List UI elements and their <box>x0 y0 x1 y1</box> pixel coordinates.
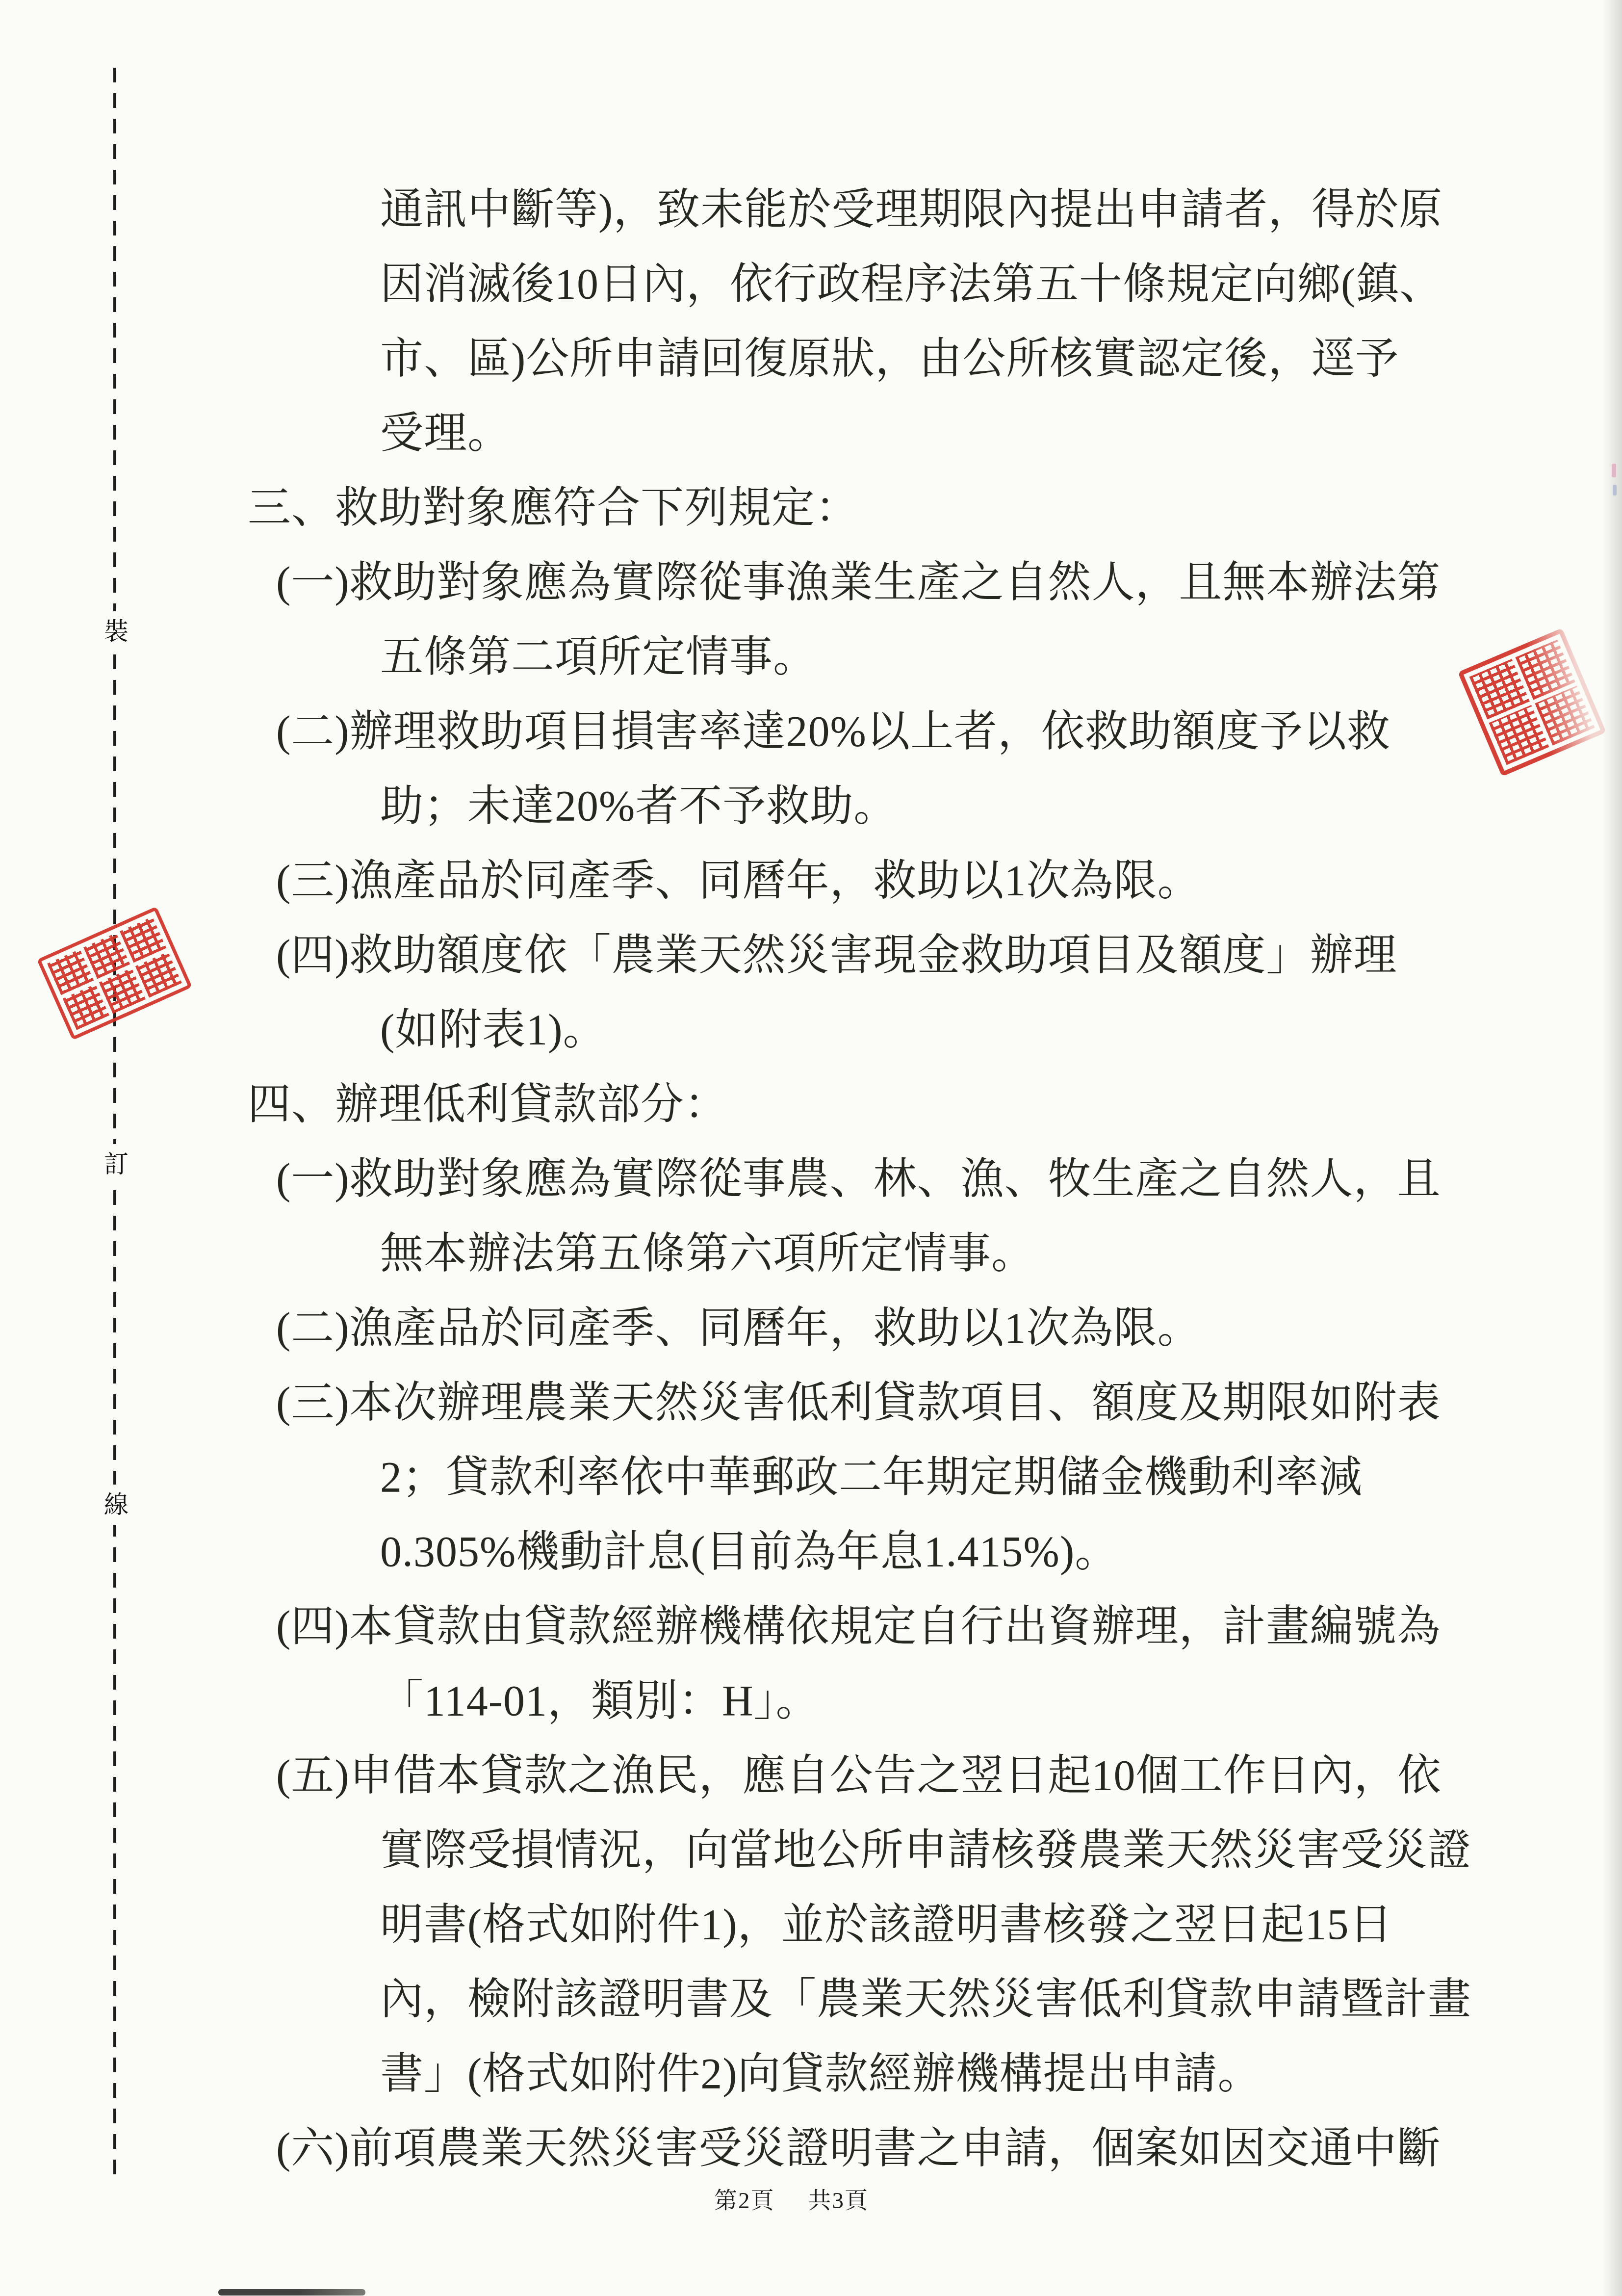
text-line: (二)辦理救助項目損害率達20%以上者，依救助額度予以救 <box>276 695 1622 769</box>
text-line: 四、辦理低利貸款部分： <box>248 1068 1622 1142</box>
text-line: 無本辦法第五條第六項所定情事。 <box>380 1217 1622 1291</box>
text-line: 市、區)公所申請回復原狀，由公所核實認定後，逕予 <box>380 322 1622 396</box>
text-line: (一)救助對象應為實際從事漁業生產之自然人，且無本辦法第 <box>276 546 1622 620</box>
page-footer: 第2頁共3頁 <box>0 2182 1602 2215</box>
text-line: 因消滅後10日內，依行政程序法第五十條規定向鄉(鎮、 <box>380 247 1622 322</box>
document-text-block: 通訊中斷等)，致未能於受理期限內提出申請者，得於原因消滅後10日內，依行政程序法… <box>0 173 1622 2186</box>
scan-artifact-right-edge <box>1602 0 1622 2296</box>
text-line: 內，檢附該證明書及「農業天然災害低利貸款申請暨計畫 <box>380 1962 1622 2037</box>
text-line: (二)漁產品於同產季、同曆年，救助以1次為限。 <box>276 1291 1622 1366</box>
total-pages: 共3頁 <box>808 2188 869 2214</box>
text-line: 明書(格式如附件1)，並於該證明書核發之翌日起15日 <box>380 1888 1622 1962</box>
text-line: (一)救助對象應為實際從事農、林、漁、牧生產之自然人，且 <box>276 1142 1622 1217</box>
text-line: (五)申借本貸款之漁民，應自公告之翌日起10個工作日內，依 <box>276 1739 1622 1813</box>
text-line: 「114-01，類別：H」。 <box>380 1664 1622 1739</box>
text-line: (六)前項農業天然災害受災證明書之申請，個案如因交通中斷 <box>276 2112 1622 2186</box>
text-line: 2；貸款利率依中華郵政二年期定期儲金機動利率減 <box>380 1440 1622 1515</box>
text-line: (如附表1)。 <box>380 993 1622 1068</box>
text-line: 0.305%機動計息(目前為年息1.415%)。 <box>380 1515 1622 1590</box>
text-line: (三)漁產品於同產季、同曆年，救助以1次為限。 <box>276 844 1622 918</box>
text-line: (四)本貸款由貸款經辦機構依規定自行出資辦理，計畫編號為 <box>276 1590 1622 1664</box>
text-line: (四)救助額度依「農業天然災害現金救助項目及額度」辦理 <box>276 918 1622 993</box>
scanned-document-page: 裝 訂 線 通訊中斷等)，致未能於受理期限內提出申請者，得於原因消滅後10日內，… <box>0 0 1622 2296</box>
text-line: (三)本次辦理農業天然災害低利貸款項目、額度及期限如附表 <box>276 1366 1622 1440</box>
text-line: 實際受損情況，向當地公所申請核發農業天然災害受災證 <box>380 1813 1622 1888</box>
text-line: 受理。 <box>380 396 1622 471</box>
scan-artifact-speck <box>1612 464 1616 477</box>
page-number: 第2頁 <box>714 2188 775 2214</box>
text-line: 通訊中斷等)，致未能於受理期限內提出申請者，得於原 <box>380 173 1622 247</box>
text-line: 助；未達20%者不予救助。 <box>380 769 1622 844</box>
text-line: 三、救助對象應符合下列規定： <box>248 471 1622 546</box>
text-line: 五條第二項所定情事。 <box>380 620 1622 695</box>
scan-artifact-speck <box>1613 485 1617 496</box>
text-line: 書」(格式如附件2)向貸款經辦機構提出申請。 <box>380 2037 1622 2112</box>
scan-artifact-bottom-smudge <box>218 2289 365 2296</box>
